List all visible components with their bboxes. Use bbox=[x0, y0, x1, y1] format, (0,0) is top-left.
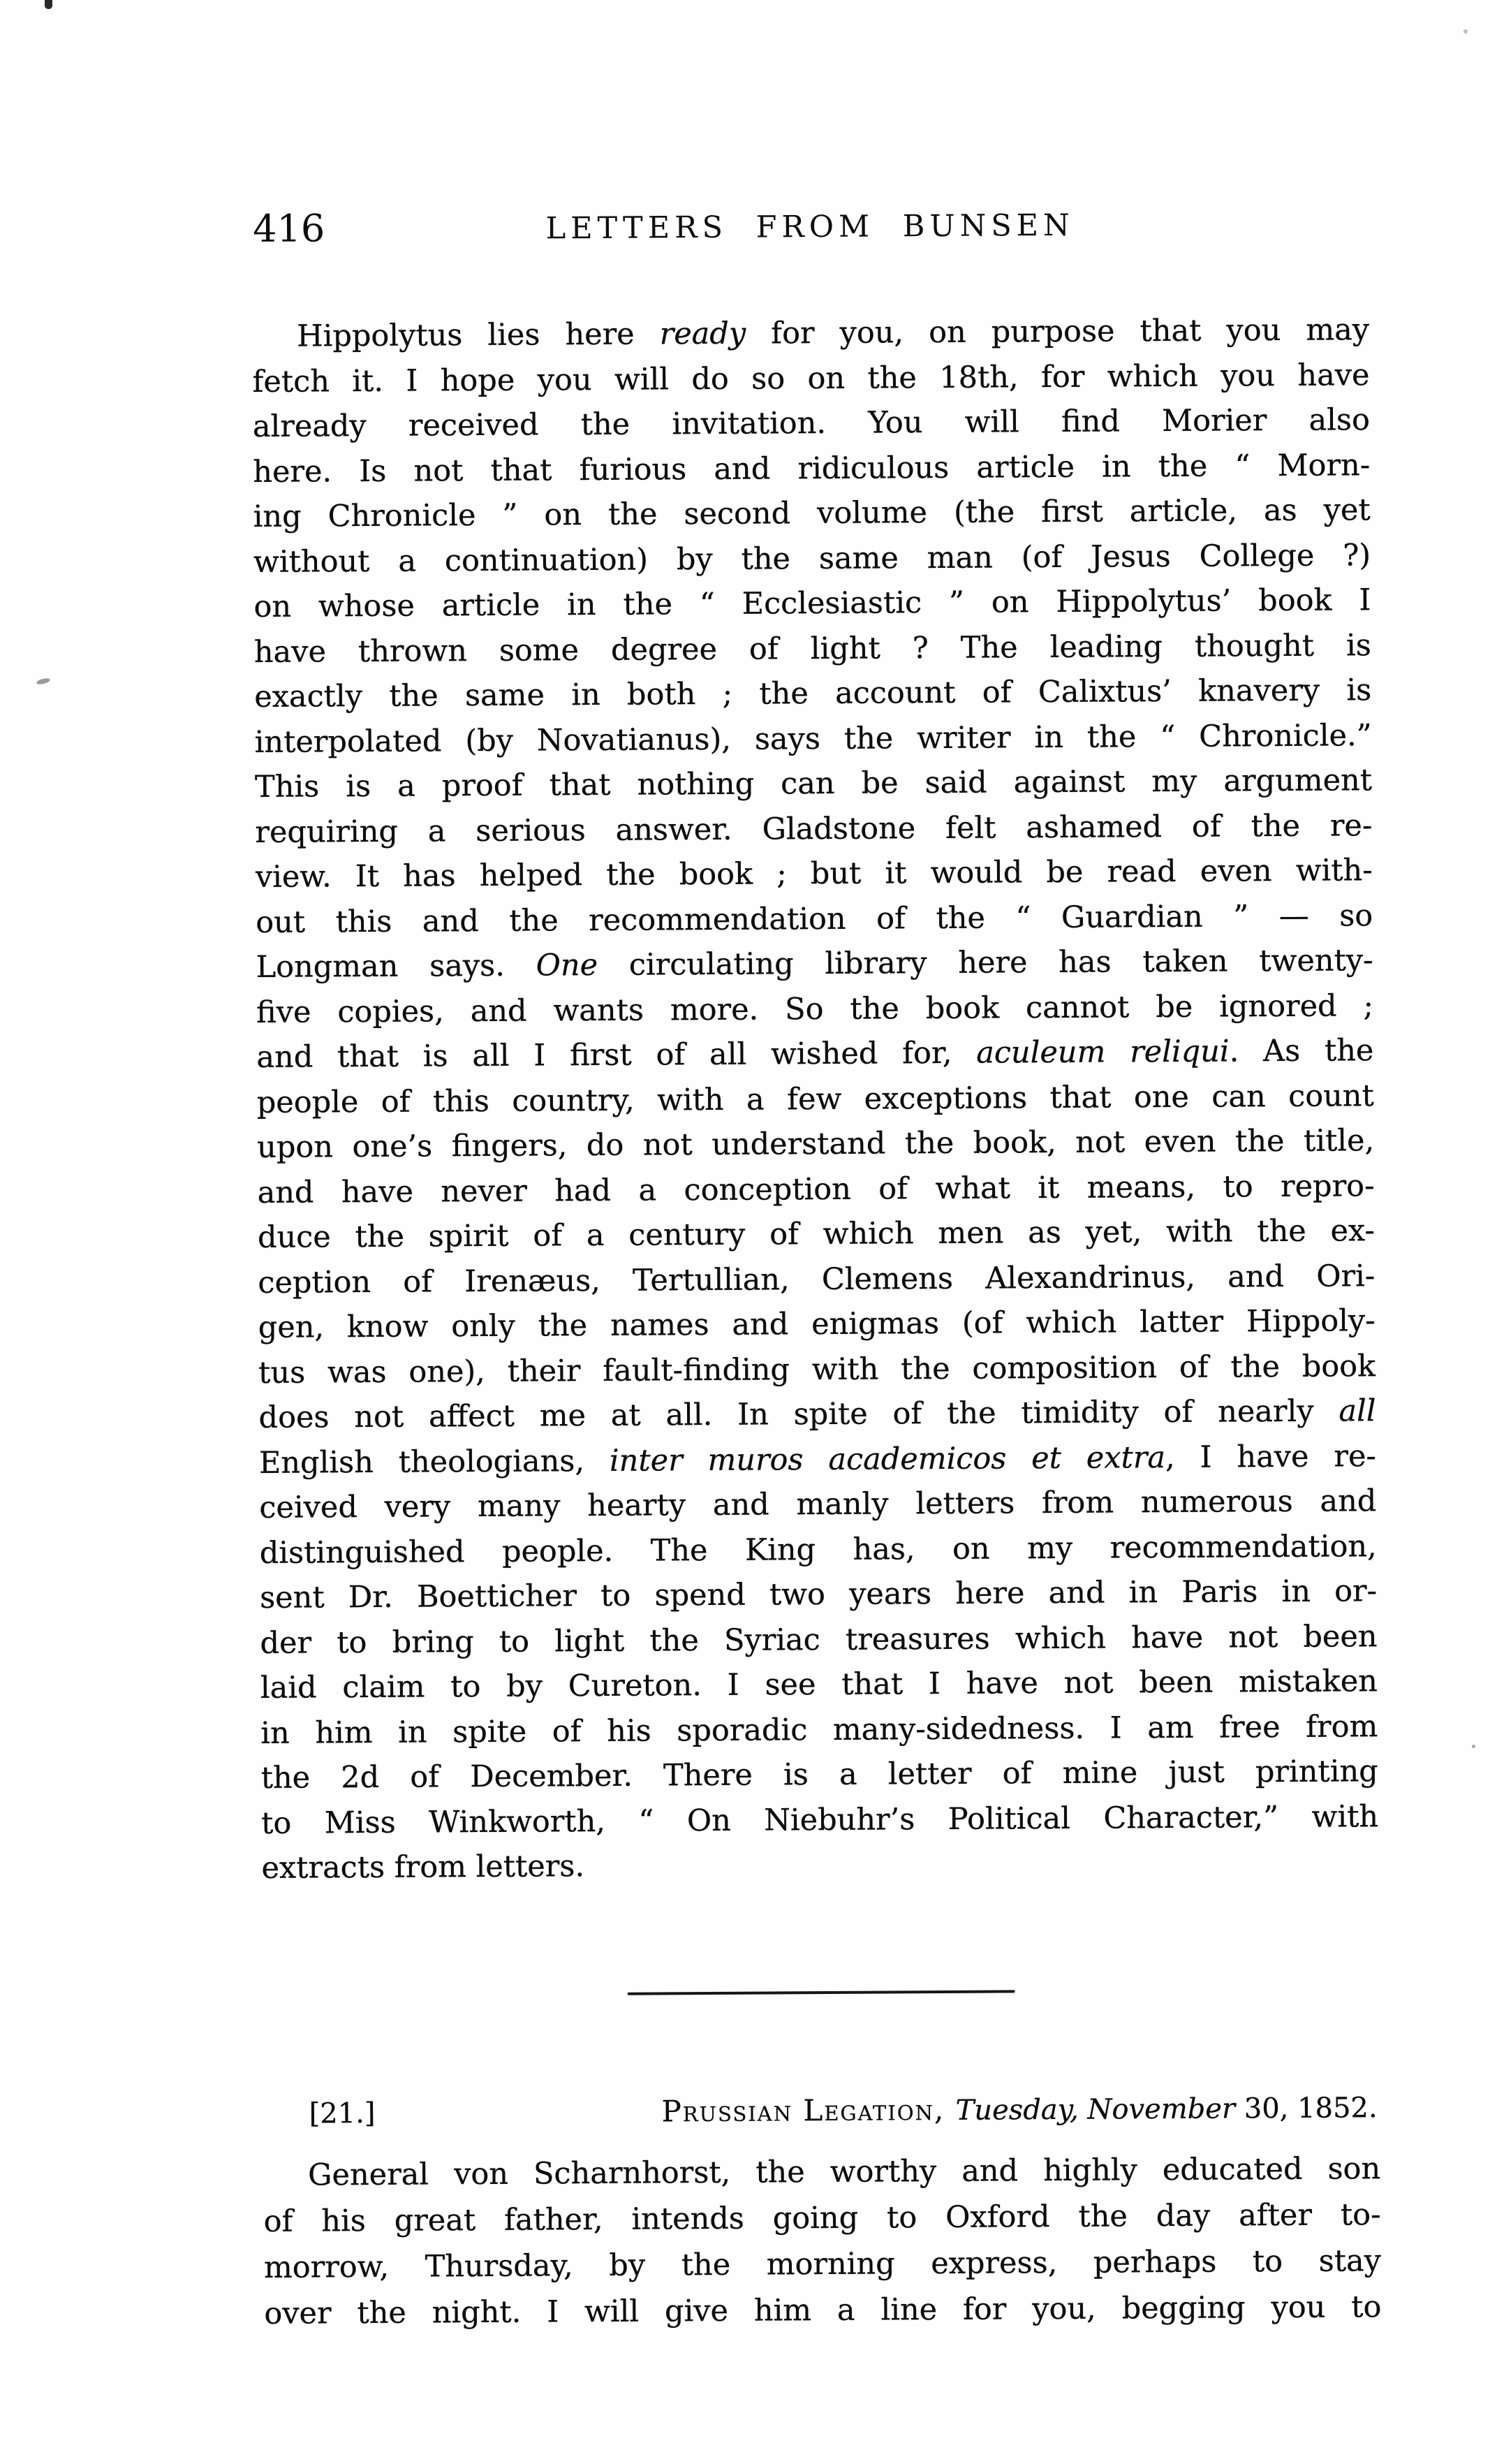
text-line: sent Dr. Boetticher to spend two years h… bbox=[260, 1569, 1377, 1620]
text-line: tus was one), their fault-finding with t… bbox=[258, 1344, 1376, 1395]
page-content: 416 LETTERS FROM BUNSEN Hippolytus lies … bbox=[251, 201, 1382, 2336]
text-line: distinguished people. The King has, on m… bbox=[260, 1524, 1377, 1576]
text-line: have thrown some degree of light ? The l… bbox=[254, 623, 1371, 675]
text-line: interpolated (by Novatianus), says the w… bbox=[254, 713, 1371, 765]
text-line: Longman says. One circulating library he… bbox=[256, 938, 1373, 990]
running-head: 416 LETTERS FROM BUNSEN bbox=[251, 201, 1369, 257]
text-line: ception of Irenæus, Tertullian, Clemens … bbox=[258, 1254, 1375, 1305]
text-line: here. Is not that furious and ridiculous… bbox=[253, 443, 1370, 494]
text-line: upon one’s fingers, do not understand th… bbox=[257, 1118, 1374, 1170]
text-line: requiring a serious answer. Gladstone fe… bbox=[255, 803, 1372, 855]
text-line: This is a proof that nothing can be said… bbox=[255, 758, 1372, 809]
text-line: English theologians, inter muros academi… bbox=[259, 1434, 1376, 1486]
text-line: der to bring to light the Syriac treasur… bbox=[260, 1614, 1377, 1666]
scan-artifact bbox=[1472, 1745, 1475, 1748]
text-line: the 2d of December. There is a letter of… bbox=[261, 1749, 1378, 1801]
text-line: gen, know only the names and enigmas (of… bbox=[258, 1298, 1376, 1350]
text-line: General von Scharnhorst, the worthy and … bbox=[263, 2146, 1380, 2199]
letter-dateline: Prussian Legation, Tuesday, November 30,… bbox=[661, 2090, 1377, 2128]
text-line: Hippolytus lies here ready for you, on p… bbox=[252, 307, 1369, 359]
letter-date-italic: Tuesday, November bbox=[955, 2092, 1244, 2127]
letter-21-body-paragraph: General von Scharnhorst, the worthy and … bbox=[263, 2146, 1382, 2337]
text-line: on whose article in the “ Ecclesiastic ”… bbox=[253, 578, 1371, 629]
scan-artifact bbox=[36, 677, 50, 686]
text-line: ceived very many hearty and manly letter… bbox=[259, 1479, 1376, 1530]
page-number: 416 bbox=[253, 207, 325, 250]
text-line: five copies, and wants more. So the book… bbox=[256, 983, 1373, 1035]
text-line: out this and the recommendation of the “… bbox=[256, 893, 1373, 945]
letter-date-tail: 30, 1852. bbox=[1244, 2092, 1378, 2125]
text-line: and have never had a conception of what … bbox=[257, 1164, 1374, 1215]
text-line: morrow, Thursday, by the morning express… bbox=[264, 2238, 1381, 2291]
section-separator-rule bbox=[627, 1990, 1015, 1995]
text-line: already received the invitation. You wil… bbox=[253, 397, 1370, 449]
text-line: extracts from letters. bbox=[261, 1839, 1378, 1891]
letter-number: [21.] bbox=[309, 2097, 376, 2129]
text-line: to Miss Winkworth, “ On Niebuhr’s Politi… bbox=[261, 1794, 1378, 1846]
text-line: without a continuation) by the same man … bbox=[253, 533, 1371, 585]
letter-21-heading: [21.] Prussian Legation, Tuesday, Novemb… bbox=[263, 2090, 1380, 2136]
text-line: in him in spite of his sporadic many-sid… bbox=[260, 1704, 1378, 1756]
text-line: duce the spirit of a century of which me… bbox=[258, 1208, 1375, 1260]
text-line: exactly the same in both ; the account o… bbox=[254, 668, 1371, 719]
book-page: 416 LETTERS FROM BUNSEN Hippolytus lies … bbox=[0, 0, 1497, 2464]
letter-place: Prussian Legation, bbox=[661, 2092, 955, 2128]
running-header-title: LETTERS FROM BUNSEN bbox=[545, 209, 1074, 246]
scan-artifact bbox=[45, 0, 52, 9]
text-line: of his great father, intends going to Ox… bbox=[263, 2192, 1380, 2245]
letter-20-body-paragraph: Hippolytus lies here ready for you, on p… bbox=[252, 307, 1379, 1891]
text-line: over the night. I will give him a line f… bbox=[264, 2284, 1381, 2337]
text-line: does not affect me at all. In spite of t… bbox=[258, 1388, 1376, 1440]
scan-artifact bbox=[1463, 29, 1468, 34]
text-line: laid claim to by Cureton. I see that I h… bbox=[260, 1659, 1378, 1710]
text-line: people of this country, with a few excep… bbox=[257, 1073, 1374, 1125]
text-line: and that is all I first of all wished fo… bbox=[256, 1028, 1373, 1080]
text-line: view. It has helped the book ; but it wo… bbox=[256, 848, 1373, 900]
text-line: fetch it. I hope you will do so on the 1… bbox=[252, 353, 1369, 404]
text-line: ing Chronicle ” on the second volume (th… bbox=[253, 487, 1371, 539]
